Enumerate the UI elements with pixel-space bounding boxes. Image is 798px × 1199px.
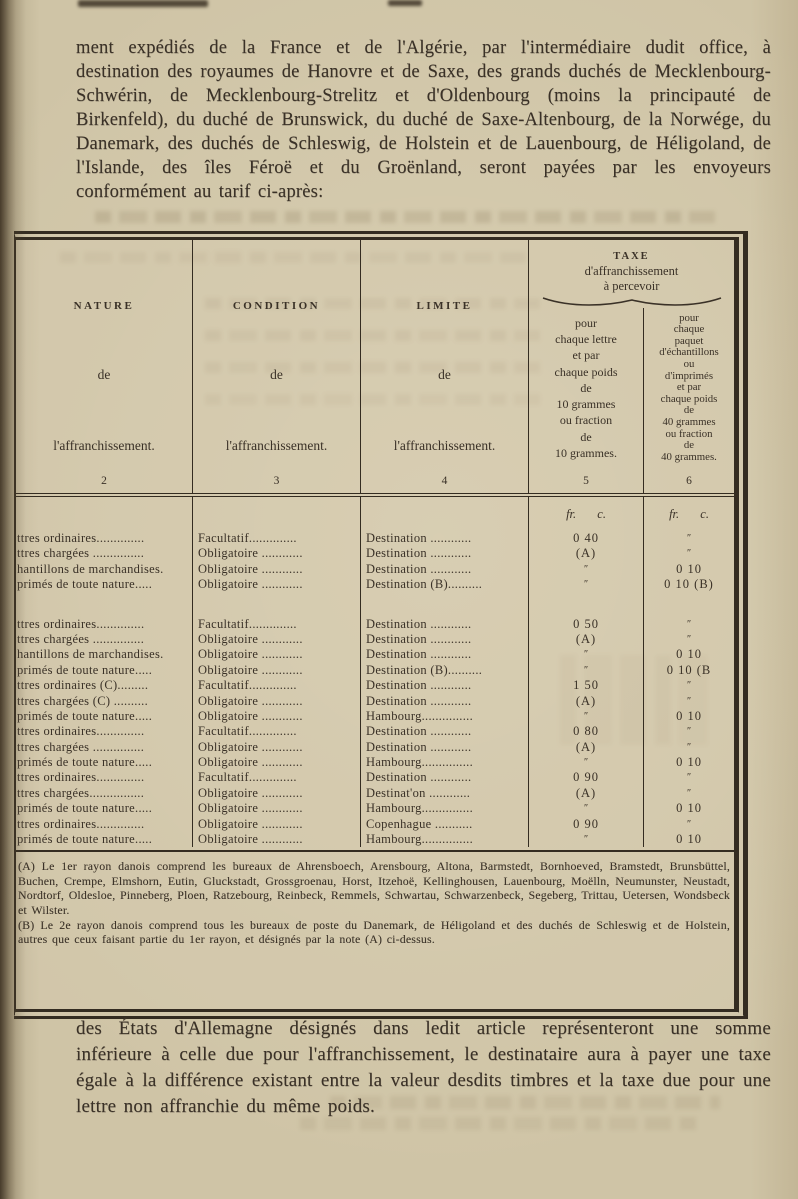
limite-cell: Destination ............ bbox=[361, 617, 529, 632]
condition-cell: Obligatoire ............ bbox=[193, 755, 361, 770]
condition-cell: Facultatif.............. bbox=[193, 678, 361, 693]
limite-cell: Destination ............ bbox=[361, 562, 529, 577]
nature-cell: ttres ordinaires.............. bbox=[16, 724, 193, 739]
empty-cell bbox=[193, 497, 361, 531]
limite-cell: Hambourg............... bbox=[361, 801, 529, 816]
condition-cell: Obligatoire ............ bbox=[193, 647, 361, 662]
nature-cell: primés de toute nature..... bbox=[16, 755, 193, 770]
empty-cell bbox=[644, 593, 734, 617]
column-bottom-word: l'affranchissement. bbox=[226, 438, 328, 454]
taxe-word: TAXE bbox=[529, 249, 734, 264]
condition-cell: Obligatoire ............ bbox=[193, 663, 361, 678]
taxe-lettre-cell: 0 90 bbox=[529, 770, 644, 785]
taxe-paquet-cell: 0 10 bbox=[644, 562, 734, 577]
condition-cell: Obligatoire ............ bbox=[193, 786, 361, 801]
closing-paragraph: des États d'Allemagne désignés dans ledi… bbox=[76, 1016, 771, 1120]
nature-cell: primés de toute nature..... bbox=[16, 832, 193, 847]
condition-cell: Facultatif.............. bbox=[193, 531, 361, 546]
scan-artifact-top-left bbox=[78, 0, 208, 7]
taxe-lettre-cell: ″ bbox=[529, 755, 644, 770]
taxe-lettre-cell: ″ bbox=[529, 663, 644, 678]
taxe-paquet-cell: ″ bbox=[644, 740, 734, 755]
taxe-paquet-cell: 0 10 (B bbox=[644, 663, 734, 678]
limite-cell: Destination ............ bbox=[361, 740, 529, 755]
nature-cell: hantillons de marchandises. bbox=[16, 562, 193, 577]
taxe-lettre-cell: (A) bbox=[529, 632, 644, 647]
row-group-1: ttres ordinaires..............Facultatif… bbox=[16, 531, 734, 593]
nature-cell: ttres ordinaires.............. bbox=[16, 617, 193, 632]
table-row: ttres ordinaires..............Facultatif… bbox=[16, 770, 734, 785]
column-title: CONDITION bbox=[233, 300, 320, 312]
taxe-lettre-cell: (A) bbox=[529, 546, 644, 561]
condition-cell: Obligatoire ............ bbox=[193, 801, 361, 816]
condition-cell: Obligatoire ............ bbox=[193, 817, 361, 832]
table-row: ttres chargées ...............Obligatoir… bbox=[16, 740, 734, 755]
column-header-nature: NATURE de l'affranchissement. bbox=[16, 240, 193, 468]
condition-cell: Obligatoire ............ bbox=[193, 694, 361, 709]
table-row: primés de toute nature.....Obligatoire .… bbox=[16, 755, 734, 770]
nature-cell: ttres ordinaires.............. bbox=[16, 770, 193, 785]
limite-cell: Destination ............ bbox=[361, 546, 529, 561]
taxe-paquet-cell: 0 10 bbox=[644, 801, 734, 816]
table-row: ttres chargées................Obligatoir… bbox=[16, 786, 734, 801]
condition-cell: Obligatoire ............ bbox=[193, 709, 361, 724]
taxe-lettre-cell: 1 50 bbox=[529, 678, 644, 693]
limite-cell: Destination ............ bbox=[361, 632, 529, 647]
limite-cell: Copenhague ........... bbox=[361, 817, 529, 832]
table-row: primés de toute nature.....Obligatoire .… bbox=[16, 577, 734, 592]
taxe-paquet-cell: ″ bbox=[644, 678, 734, 693]
nature-cell: ttres chargées (C) .......... bbox=[16, 694, 193, 709]
column-title: NATURE bbox=[74, 300, 135, 312]
table-row: hantillons de marchandises.Obligatoire .… bbox=[16, 647, 734, 662]
limite-cell: Hambourg............... bbox=[361, 755, 529, 770]
empty-cell bbox=[361, 497, 529, 531]
nature-cell: primés de toute nature..... bbox=[16, 663, 193, 678]
taxe-subheaders: pour chaque lettre et par chaque poids d… bbox=[529, 308, 734, 468]
condition-cell: Obligatoire ............ bbox=[193, 740, 361, 755]
group-separator-row bbox=[16, 593, 734, 617]
condition-cell: Obligatoire ............ bbox=[193, 577, 361, 592]
condition-cell: Obligatoire ............ bbox=[193, 562, 361, 577]
condition-cell: Obligatoire ............ bbox=[193, 632, 361, 647]
limite-cell: Hambourg............... bbox=[361, 709, 529, 724]
taxe-paquet-cell: ″ bbox=[644, 694, 734, 709]
taxe-paquet-cell: ″ bbox=[644, 817, 734, 832]
table-row: ttres chargées ...............Obligatoir… bbox=[16, 546, 734, 561]
footnotes-section: (A) Le 1er rayon danois comprend les bur… bbox=[16, 852, 734, 1008]
taxe-paquet-cell: ″ bbox=[644, 786, 734, 801]
nature-cell: primés de toute nature..... bbox=[16, 577, 193, 592]
taxe-lettre-cell: ″ bbox=[529, 801, 644, 816]
table-row: primés de toute nature.....Obligatoire .… bbox=[16, 832, 734, 847]
nature-cell: primés de toute nature..... bbox=[16, 709, 193, 724]
currency-header: fr. c. bbox=[669, 507, 709, 522]
taxe-paquet-cell: ″ bbox=[644, 531, 734, 546]
taxe-paquet-cell: 0 10 bbox=[644, 755, 734, 770]
taxe-paquet-cell: 0 10 (B) bbox=[644, 577, 734, 592]
limite-cell: Destination ............ bbox=[361, 531, 529, 546]
nature-cell: ttres ordinaires.............. bbox=[16, 817, 193, 832]
column-bottom-word: l'affranchissement. bbox=[53, 438, 155, 454]
taxe-lettre-cell: 0 90 bbox=[529, 817, 644, 832]
footnote: (B) Le 2e rayon danois comprend tous les… bbox=[18, 918, 730, 947]
nature-cell: ttres chargées ............... bbox=[16, 546, 193, 561]
brace-decoration bbox=[537, 295, 727, 308]
nature-cell: hantillons de marchandises. bbox=[16, 647, 193, 662]
table-row: ttres ordinaires..............Obligatoir… bbox=[16, 817, 734, 832]
currency-header: fr. c. bbox=[566, 507, 606, 522]
taxe-lettre-cell: 0 40 bbox=[529, 531, 644, 546]
empty-cell bbox=[16, 497, 193, 531]
table-row: ttres ordinaires..............Facultatif… bbox=[16, 617, 734, 632]
nature-cell: ttres chargées ............... bbox=[16, 740, 193, 755]
limite-cell: Destination ............ bbox=[361, 694, 529, 709]
row-group-2: ttres ordinaires..............Facultatif… bbox=[16, 617, 734, 848]
column-bottom-word: l'affranchissement. bbox=[394, 438, 496, 454]
limite-cell: Destination ............ bbox=[361, 770, 529, 785]
currency-header-row: fr. c. fr. c. bbox=[16, 497, 734, 531]
nature-cell: primés de toute nature..... bbox=[16, 801, 193, 816]
limite-cell: Destination ............ bbox=[361, 647, 529, 662]
column-number: 5 bbox=[529, 468, 644, 493]
taxe-lettre-cell: ″ bbox=[529, 709, 644, 724]
limite-cell: Hambourg............... bbox=[361, 832, 529, 847]
empty-cell bbox=[361, 593, 529, 617]
taxe-lettre-cell: ″ bbox=[529, 647, 644, 662]
table-row: ttres ordinaires..............Facultatif… bbox=[16, 724, 734, 739]
column-number: 6 bbox=[644, 468, 734, 493]
taxe-lettre-cell: 0 50 bbox=[529, 617, 644, 632]
table-body: ttres ordinaires..............Facultatif… bbox=[16, 531, 734, 847]
limite-cell: Destination (B).......... bbox=[361, 577, 529, 592]
column-number-row: 2 3 4 5 6 bbox=[16, 468, 734, 497]
scanned-page: { "page": { "top_paragraph": "ment expéd… bbox=[0, 0, 798, 1199]
table-row: hantillons de marchandises.Obligatoire .… bbox=[16, 562, 734, 577]
taxe-lettre-cell: (A) bbox=[529, 694, 644, 709]
taxe-word: à percevoir bbox=[529, 279, 734, 294]
column-header-taxe-paquet: pour chaque paquet d'échantillons ou d'i… bbox=[644, 308, 734, 468]
taxe-lettre-cell: (A) bbox=[529, 740, 644, 755]
table-row: primés de toute nature.....Obligatoire .… bbox=[16, 663, 734, 678]
empty-cell bbox=[529, 593, 644, 617]
nature-cell: ttres chargées................ bbox=[16, 786, 193, 801]
taxe-lettre-cell: ″ bbox=[529, 562, 644, 577]
taxe-paquet-cell: 0 10 bbox=[644, 647, 734, 662]
table-row: ttres ordinaires (C).........Facultatif.… bbox=[16, 678, 734, 693]
condition-cell: Obligatoire ............ bbox=[193, 546, 361, 561]
taxe-lettre-cell: ″ bbox=[529, 832, 644, 847]
column-mid-word: de bbox=[438, 367, 451, 383]
condition-cell: Obligatoire ............ bbox=[193, 832, 361, 847]
empty-cell bbox=[193, 593, 361, 617]
limite-cell: Destination ............ bbox=[361, 724, 529, 739]
column-header-taxe-lettre: pour chaque lettre et par chaque poids d… bbox=[529, 308, 644, 468]
taxe-paquet-cell: 0 10 bbox=[644, 709, 734, 724]
limite-cell: Destination ............ bbox=[361, 678, 529, 693]
table-row: primés de toute nature.....Obligatoire .… bbox=[16, 801, 734, 816]
table-row: ttres ordinaires..............Facultatif… bbox=[16, 531, 734, 546]
scan-artifact-top-center bbox=[388, 0, 422, 6]
column-number: 3 bbox=[193, 468, 361, 493]
nature-cell: ttres ordinaires.............. bbox=[16, 531, 193, 546]
taxe-group-title: TAXE d'affranchissement à percevoir bbox=[529, 240, 734, 294]
table-header: NATURE de l'affranchissement. CONDITION … bbox=[16, 240, 734, 468]
taxe-paquet-cell: ″ bbox=[644, 546, 734, 561]
taxe-paquet-cell: 0 10 bbox=[644, 832, 734, 847]
footnote: (A) Le 1er rayon danois comprend les bur… bbox=[18, 859, 730, 917]
bleed-through-line bbox=[95, 211, 715, 223]
column-header-condition: CONDITION de l'affranchissement. bbox=[193, 240, 361, 468]
condition-cell: Facultatif.............. bbox=[193, 617, 361, 632]
limite-cell: Destination (B).......... bbox=[361, 663, 529, 678]
table-row: ttres chargées (C) ..........Obligatoire… bbox=[16, 694, 734, 709]
taxe-paquet-cell: ″ bbox=[644, 770, 734, 785]
limite-cell: Destinat'on ............ bbox=[361, 786, 529, 801]
taxe-paquet-cell: ″ bbox=[644, 632, 734, 647]
column-header-limite: LIMITE de l'affranchissement. bbox=[361, 240, 529, 468]
table-row: primés de toute nature.....Obligatoire .… bbox=[16, 709, 734, 724]
nature-cell: ttres ordinaires (C)......... bbox=[16, 678, 193, 693]
column-title: LIMITE bbox=[417, 300, 473, 312]
column-number: 2 bbox=[16, 468, 193, 493]
taxe-lettre-cell: 0 80 bbox=[529, 724, 644, 739]
taxe-paquet-cell: ″ bbox=[644, 617, 734, 632]
taxe-paquet-cell: ″ bbox=[644, 724, 734, 739]
table-row: ttres chargées ...............Obligatoir… bbox=[16, 632, 734, 647]
column-header-taxe-group: TAXE d'affranchissement à percevoir pour… bbox=[529, 240, 734, 468]
column-mid-word: de bbox=[98, 367, 111, 383]
nature-cell: ttres chargées ............... bbox=[16, 632, 193, 647]
taxe-word: d'affranchissement bbox=[529, 264, 734, 279]
empty-cell bbox=[16, 593, 193, 617]
condition-cell: Facultatif.............. bbox=[193, 770, 361, 785]
taxe-lettre-cell: (A) bbox=[529, 786, 644, 801]
column-mid-word: de bbox=[270, 367, 283, 383]
column-number: 4 bbox=[361, 468, 529, 493]
tariff-table: NATURE de l'affranchissement. CONDITION … bbox=[14, 231, 748, 1019]
opening-paragraph: ment expédiés de la France et de l'Algér… bbox=[76, 36, 771, 204]
taxe-lettre-cell: ″ bbox=[529, 577, 644, 592]
condition-cell: Facultatif.............. bbox=[193, 724, 361, 739]
